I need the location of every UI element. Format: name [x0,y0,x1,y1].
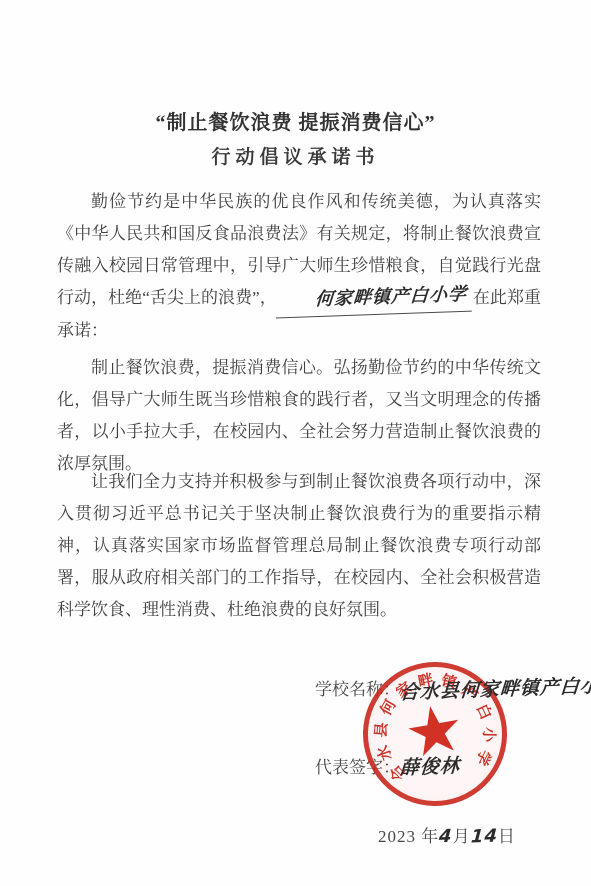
school-name-line: 学校名称：合水县何家畔镇产白小学 [315,674,591,701]
stamp-ring-char: 学 [470,744,497,771]
paragraph-intro: 勤俭节约是中华民族的优良作风和传统美德，为认真落实《中华人民共和国反食品浪费法》… [57,186,541,347]
paragraph-action-plan: 让我们全力支持并积极参与到制止餐饮浪费各项行动中，深入贯彻习近平总书记关于坚决制… [57,466,541,626]
page-title: “制止餐饮浪费 提振消费信心” [0,106,591,135]
date-year: 2023 年 [378,827,439,846]
stamp-ring-char: 县 [370,719,391,740]
document-page: “制止餐饮浪费 提振消费信心” 行动倡议承诺书 勤俭节约是中华民族的优良作风和传… [0,0,591,886]
date-month-unit: 月 [453,827,471,846]
handwritten-signature: 薛俊林 [399,751,461,780]
handwritten-day-digit: 14 [470,825,499,847]
handwritten-month-digit: 4 [439,826,454,848]
page-subtitle: 行动倡议承诺书 [0,142,591,169]
handwritten-school-name-inline: 何家畔镇产白小学 [276,279,474,319]
date-day-unit: 日 [498,827,516,846]
paragraph-commitment: 制止餐饮浪费，提振消费信心。弘扬勤俭节约的中华传统文化，倡导广大师生既当珍惜粮食… [57,352,541,480]
stamp-ring-char: 小 [479,725,499,745]
date-line: 2023 年4月14日 [378,822,516,847]
